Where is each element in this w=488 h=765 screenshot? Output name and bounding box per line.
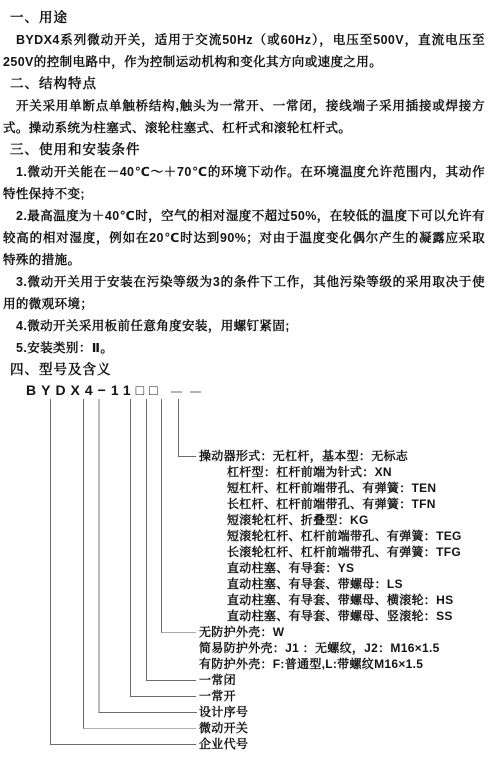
label-normally-closed: 一常闭 — [199, 672, 236, 688]
document-page: 一、用途 BYDX4系列微动开关，适用于交流50Hz（或60Hz），电压至500… — [0, 0, 488, 765]
diagram-label-teg: 短滚轮杠杆、杠杆前端带孔、有弹簧：TEG — [227, 528, 462, 544]
section-2-paragraph: 开关采用单断点单触桥结构,触头为一常开、一常闭，接线端子采用插接或焊接方式。操动… — [3, 95, 485, 139]
condition-item-3: 3.微动开关用于安装在污染等级为3的条件下工作，其他污染等级的采用取决于使用的微… — [3, 271, 485, 315]
diagram-label-ten: 短杠杆、杠杆前端带孔、有弹簧：TEN — [227, 480, 436, 496]
condition-item-1: 1.微动开关能在－40℃～＋70℃的环境下动作。在环境温度允许范围内，其动作特性… — [3, 161, 485, 205]
model-code: BYDX4−11□□ — [3, 382, 485, 398]
leader-line-operator-form — [178, 399, 196, 457]
label-design-serial: 设计序号 — [199, 704, 248, 720]
diagram-label-ls: 直动柱塞、有导套、带螺母：LS — [227, 576, 403, 592]
label-no-shell: 无防护外壳：W — [199, 624, 284, 640]
blank-placeholder-2 — [190, 391, 201, 393]
diagram-label-ss: 直动柱塞、有导套、带螺母、竖滚轮：SS — [227, 608, 453, 624]
label-normally-open: 一常开 — [199, 688, 236, 704]
diagram-label-xn: 杠杆型：杠杆前端为针式：XN — [227, 464, 392, 480]
section-1-paragraph: BYDX4系列微动开关，适用于交流50Hz（或60Hz），电压至500V，直流电… — [3, 29, 485, 73]
diagram-label-tfn: 长杠杆、杠杆前端带孔、有弹簧：TFN — [227, 496, 436, 512]
blank-placeholder-1 — [171, 391, 182, 393]
diagram-label-tfg: 长滚轮杠杆、杠杆前端带孔、有弹簧：TFG — [227, 544, 461, 560]
model-code-diagram: BYDX4−11□□ 操动器形式：无杠杆，基本型：无标志 杠杆型：杠杆前端为针式… — [3, 382, 485, 765]
label-micro-switch: 微动开关 — [199, 720, 248, 736]
label-operator-form: 操动器形式：无杠杆，基本型：无标志 — [199, 448, 408, 464]
condition-item-2: 2.最高温度为＋40℃时，空气的相对湿度不超过50%，在较低的温度下可以允许有较… — [3, 205, 485, 271]
section-4-heading: 四、型号及含义 — [10, 359, 485, 381]
label-protective-shell: 有防护外壳：F:普通型,L:带螺纹M16×1.5 — [199, 656, 423, 672]
condition-item-5: 5.安装类别：Ⅱ。 — [3, 337, 485, 359]
section-3-heading: 三、使用和安装条件 — [10, 139, 485, 161]
diagram-label-ys: 直动柱塞、有导套：YS — [227, 560, 354, 576]
condition-item-4: 4.微动开关采用板前任意角度安装，用螺钉紧固; — [3, 315, 485, 337]
diagram-label-kg: 短滚轮杠杆、折叠型：KG — [227, 512, 369, 528]
section-2-heading: 二、结构特点 — [10, 73, 485, 95]
model-code-text: BYDX4−11□□ — [26, 382, 163, 398]
label-enterprise-code: 企业代号 — [199, 736, 248, 752]
section-1-heading: 一、用途 — [10, 7, 485, 29]
label-simple-shell: 简易防护外壳：J1 ：无螺纹，J2：M16×1.5 — [199, 640, 440, 656]
diagram-label-hs: 直动柱塞、有导套、带螺母、横滚轮：HS — [227, 592, 453, 608]
